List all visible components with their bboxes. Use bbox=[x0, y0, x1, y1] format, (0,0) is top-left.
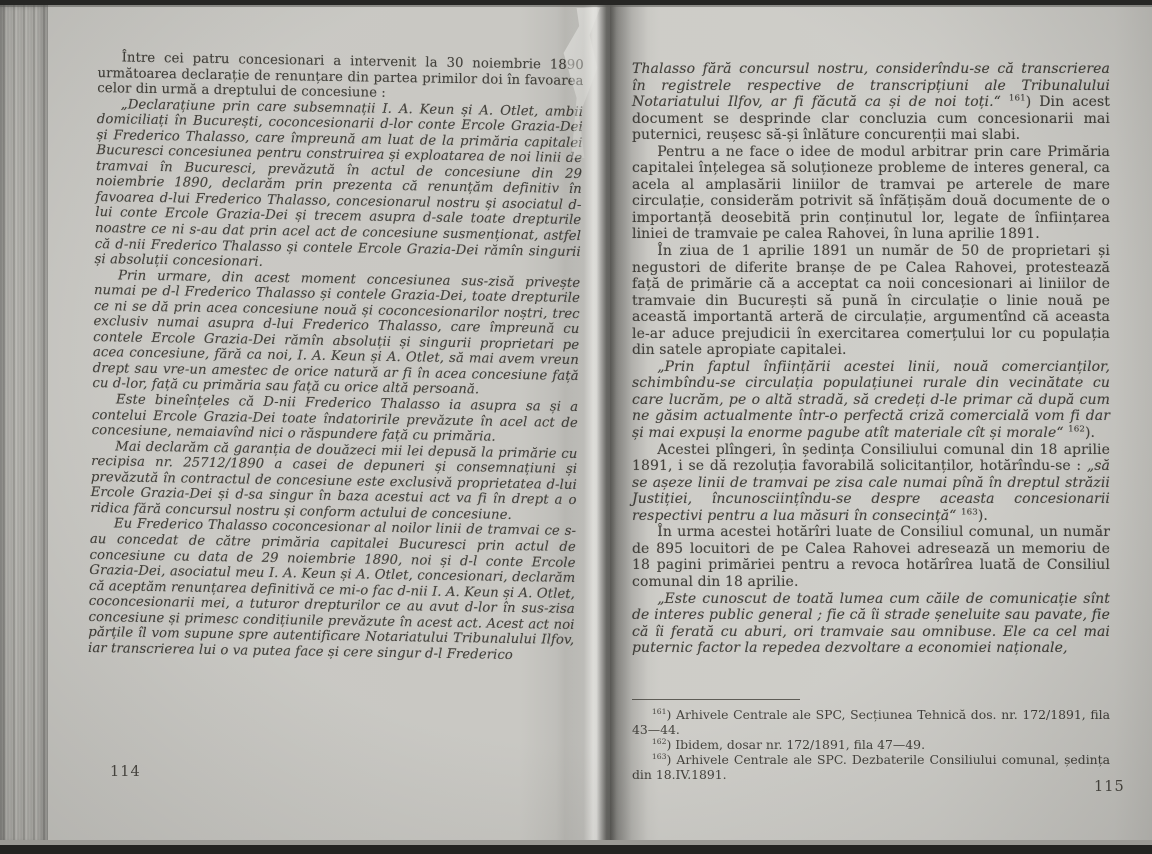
footnote: 162) Ibidem, dosar nr. 172/1891, fila 47… bbox=[632, 737, 1110, 752]
footnote: 163) Arhivele Centrale ale SPC. Dezbater… bbox=[632, 752, 1110, 782]
text-run: În ziua de 1 aprilie 1891 un număr de 50… bbox=[632, 243, 1110, 358]
paragraph: Thalasso fără concursul nostru, consider… bbox=[632, 61, 1110, 144]
footnote-marker: 161 bbox=[652, 707, 667, 716]
right-page-number: 115 bbox=[1094, 779, 1125, 795]
book-scan: Între cei patru concesionari a interveni… bbox=[0, 0, 1152, 854]
left-page: Între cei patru concesionari a interveni… bbox=[48, 4, 610, 845]
footnote-text: ) Arhivele Centrale ale SPC, Secțiunea T… bbox=[632, 707, 1110, 737]
text-run: „Declarațiune prin care subsemnații I. A… bbox=[94, 97, 583, 270]
paragraph: Eu Frederico Thalasso coconcesionar al n… bbox=[88, 516, 576, 664]
footnote-text: ) Arhivele Centrale ale SPC. Dezbaterile… bbox=[632, 752, 1110, 782]
scan-edge-top bbox=[0, 0, 1152, 5]
text-run: Este bineînțeles că D-nii Frederico Thal… bbox=[92, 392, 579, 444]
right-page: Thalasso fără concursul nostru, consider… bbox=[610, 4, 1152, 845]
footnotes: 161) Arhivele Centrale ale SPC, Secțiune… bbox=[632, 707, 1110, 782]
paragraph: Pentru a ne face o idee de modul arbitra… bbox=[632, 144, 1110, 243]
paragraph: „Declarațiune prin care subsemnații I. A… bbox=[94, 97, 583, 276]
text-run: „Este cunoscut de toată lumea cum căile … bbox=[632, 591, 1110, 657]
paragraph: În ziua de 1 aprilie 1891 un număr de 50… bbox=[632, 243, 1110, 359]
footnote-marker: 162 bbox=[652, 737, 667, 746]
left-page-text: Între cei patru concesionari a interveni… bbox=[88, 50, 584, 664]
scan-edge-bottom bbox=[0, 845, 1152, 854]
text-run: Între cei patru concesionari a interveni… bbox=[97, 50, 584, 100]
text-run: ). bbox=[978, 508, 988, 524]
paragraph: Prin urmare, din acest moment concesiune… bbox=[92, 268, 580, 400]
footnote-marker: 163 bbox=[961, 507, 978, 517]
text-run: „Prin faptul înființării acestei linii, … bbox=[632, 359, 1110, 441]
footnote-text: ) Ibidem, dosar nr. 172/1891, fila 47—49… bbox=[666, 737, 925, 752]
paragraph: „Prin faptul înființării acestei linii, … bbox=[632, 359, 1110, 442]
paragraph: Acestei plîngeri, în ședința Consiliului… bbox=[632, 442, 1110, 525]
book-fore-edge-pages bbox=[0, 4, 48, 845]
paragraph: „Este cunoscut de toată lumea cum căile … bbox=[632, 591, 1110, 657]
footnote-marker: 161 bbox=[1009, 93, 1026, 103]
left-page-text-block: Între cei patru concesionari a interveni… bbox=[88, 50, 584, 664]
paragraph: Este bineînțeles că D-nii Frederico Thal… bbox=[92, 392, 579, 447]
footnote-marker: 163 bbox=[652, 752, 667, 761]
paragraph: În urma acestei hotărîri luate de Consil… bbox=[632, 524, 1110, 590]
text-run: În urma acestei hotărîri luate de Consil… bbox=[632, 524, 1110, 590]
paragraph: Mai declarăm că garanția de douăzeci mii… bbox=[90, 439, 577, 525]
footnote: 161) Arhivele Centrale ale SPC, Secțiune… bbox=[632, 707, 1110, 737]
footnote-separator bbox=[632, 699, 800, 700]
text-run: Mai declarăm că garanția de douăzeci mii… bbox=[90, 439, 577, 523]
text-run: Eu Frederico Thalasso coconcesionar al n… bbox=[88, 517, 576, 663]
text-run: Acestei plîngeri, în ședința Consiliului… bbox=[632, 442, 1110, 475]
text-run: Pentru a ne face o idee de modul arbitra… bbox=[632, 144, 1110, 243]
paragraph: Între cei patru concesionari a interveni… bbox=[97, 50, 584, 105]
left-page-number: 114 bbox=[110, 764, 141, 780]
right-page-text: Thalasso fără concursul nostru, consider… bbox=[632, 61, 1110, 657]
text-run: ). bbox=[1085, 425, 1095, 441]
text-run: Prin urmare, din acest moment concesiune… bbox=[92, 268, 580, 398]
footnote-marker: 162 bbox=[1068, 424, 1085, 434]
